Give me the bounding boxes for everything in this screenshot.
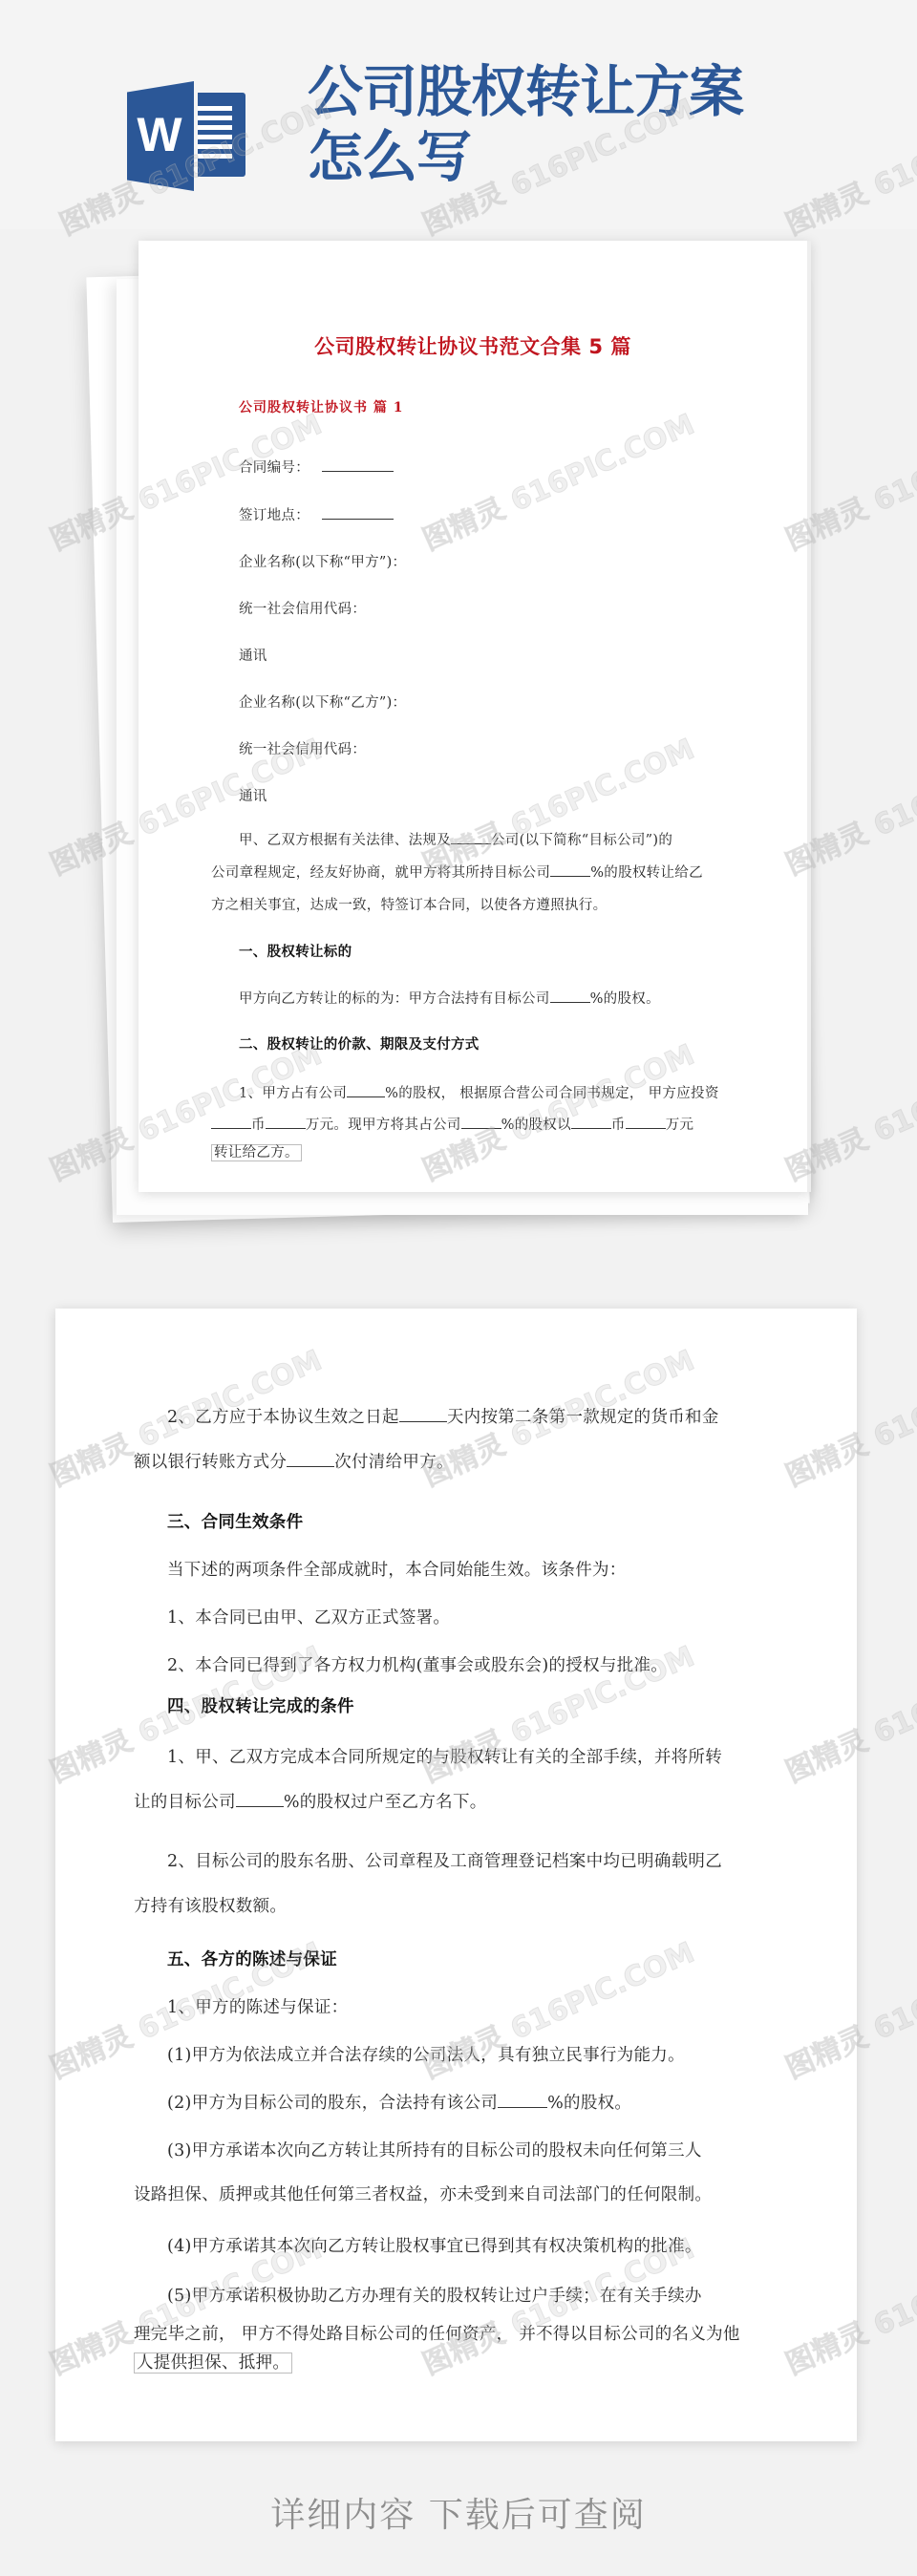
blank-field — [626, 1128, 666, 1129]
party-b-credit-code-line: 统一社会信用代码： — [239, 738, 366, 758]
section-5-point-3-line-1: (3)甲方承诺本次向乙方转让其所持有的目标公司的股权未向任何第三人 — [167, 2138, 702, 2161]
section-5-heading: 五、各方的陈述与保证 — [167, 1947, 337, 1970]
text-segment: 币 — [251, 1118, 266, 1133]
section-2-line-1: 1、甲方占有公司%的股权， 根据原合营公司合同书规定， 甲方应投资 — [239, 1082, 719, 1102]
section-3-condition-1: 1、本合同已由甲、乙双方正式签署。 — [167, 1605, 450, 1629]
text-segment: 让的目标公司 — [134, 1793, 236, 1812]
section-3-heading: 三、合同生效条件 — [167, 1509, 303, 1533]
text-segment: 公司章程规定，经友好协商，就甲方将其所持目标公司 — [211, 865, 550, 881]
section-3-condition-2: 2、本合同已得到了各方权力机构(董事会或股东会)的授权与批准。 — [167, 1652, 668, 1676]
section-5-point-5-line-3: 人提供担保、抵押。 — [134, 2350, 292, 2374]
text-segment: 人提供担保、抵押。 — [134, 2352, 292, 2374]
section-5-point-4: (4)甲方承诺其本次向乙方转让股权事宜已得到其有权决策机构的批准。 — [167, 2233, 702, 2257]
text-segment: 转让给乙方。 — [211, 1144, 302, 1161]
text-segment: 甲方向乙方转让的标的为：甲方合法持有目标公司 — [239, 991, 550, 1007]
party-a-credit-code-line: 统一社会信用代码： — [239, 598, 366, 618]
page-title-line2: 怎么写 — [308, 124, 804, 189]
section-2-line-2: 币万元。现甲方将其占公司%的股权以币万元 — [211, 1114, 693, 1134]
blank-field — [550, 1002, 590, 1003]
section-5-sub-1: 1、甲方的陈述与保证： — [167, 1994, 348, 2018]
text-segment: 万元 — [666, 1118, 694, 1133]
text-segment: 甲、乙双方根据有关法律、法规及 — [239, 833, 451, 848]
blank-field — [347, 1096, 385, 1097]
text-segment: 1、甲方占有公司 — [239, 1086, 347, 1101]
header-banner: W 公司股权转让方案 怎么写 — [0, 0, 917, 229]
contract-number-blank — [322, 471, 394, 472]
document-title: 公司股权转让协议书范文合集 5 篇 — [139, 331, 807, 360]
contract-number-line: 合同编号： — [239, 457, 394, 477]
section-5-point-1: (1)甲方为依法成立并合法存续的公司法人，具有独立民事行为能力。 — [167, 2042, 685, 2066]
section-4-item-1-line-2: 让的目标公司%的股权过户至乙方名下。 — [134, 1789, 487, 1813]
section-4-item-1-line-1: 1、甲、乙双方完成本合同所规定的与股权转让有关的全部手续，并将所转 — [167, 1744, 722, 1768]
text-segment: (2)甲方为目标公司的股东，合法持有该公司 — [167, 2094, 498, 2113]
page-title-line1: 公司股权转让方案 — [308, 59, 804, 124]
text-segment: 万元。现甲方将其占公司 — [306, 1118, 461, 1133]
blank-field — [211, 1128, 251, 1129]
section-4-heading: 四、股权转让完成的条件 — [167, 1693, 354, 1717]
signing-place-blank — [322, 519, 394, 520]
text-segment: 天内按第二条第一款规定的货币和金 — [447, 1408, 719, 1427]
text-segment: 币 — [611, 1118, 626, 1133]
signing-place-line: 签订地点： — [239, 504, 394, 524]
text-segment: %的股权以 — [501, 1118, 571, 1133]
preamble-line-2: 公司章程规定，经友好协商，就甲方将其所持目标公司%的股权转让给乙 — [211, 862, 703, 882]
section-5-point-5-line-1: (5)甲方承诺积极协助乙方办理有关的股权转让过户手续；在有关手续办 — [167, 2283, 702, 2307]
document-lines-icon — [198, 93, 245, 177]
contract-number-label: 合同编号： — [239, 460, 309, 476]
section-2-heading: 二、股权转让的价款、期限及支付方式 — [239, 1033, 480, 1054]
blank-field — [287, 1466, 334, 1467]
item-2-line-1: 2、乙方应于本协议生效之日起天内按第二条第一款规定的货币和金 — [167, 1404, 719, 1428]
blank-field — [461, 1128, 501, 1129]
party-a-name-line: 企业名称(以下称“甲方”)： — [239, 551, 406, 571]
text-segment: 次付清给甲方。 — [334, 1453, 454, 1472]
page-title: 公司股权转让方案 怎么写 — [308, 59, 804, 189]
document-page-2: 2、乙方应于本协议生效之日起天内按第二条第一款规定的货币和金 额以银行转账方式分… — [55, 1309, 857, 2441]
party-b-contact-line: 通讯 — [239, 785, 267, 805]
word-letter: W — [133, 108, 186, 161]
download-prompt: 详细内容 下载后可查阅 — [0, 2488, 917, 2537]
blank-field — [236, 1806, 284, 1807]
text-segment: %的股权， 根据原合营公司合同书规定， 甲方应投资 — [385, 1086, 719, 1101]
party-a-contact-line: 通讯 — [239, 645, 267, 665]
text-segment: %的股权。 — [590, 991, 660, 1007]
document-page-1: 公司股权转让协议书范文合集 5 篇 公司股权转让协议书 篇 1 合同编号： 签订… — [139, 241, 811, 1192]
text-segment: %的股权。 — [547, 2094, 631, 2113]
section-2-line-3: 转让给乙方。 — [211, 1141, 302, 1161]
blank-field — [399, 1421, 447, 1422]
party-b-name-line: 企业名称(以下称“乙方”)： — [239, 692, 406, 712]
section-5-point-2: (2)甲方为目标公司的股东，合法持有该公司%的股权。 — [167, 2090, 631, 2114]
text-segment: %的股权过户至乙方名下。 — [284, 1793, 487, 1812]
word-document-icon: W — [127, 81, 246, 191]
blank-field — [498, 2107, 547, 2108]
preamble-line-3: 方之相关事宜，达成一致，特签订本合同，以使各方遵照执行。 — [211, 894, 607, 914]
text-segment: 公司(以下简称“目标公司”)的 — [491, 833, 672, 848]
signing-place-label: 签订地点： — [239, 508, 309, 523]
blank-field — [266, 1128, 306, 1129]
section-1-text: 甲方向乙方转让的标的为：甲方合法持有目标公司%的股权。 — [239, 988, 660, 1008]
text-segment: 额以银行转账方式分 — [134, 1453, 287, 1472]
item-2-line-2: 额以银行转账方式分次付清给甲方。 — [134, 1449, 454, 1473]
blank-field — [451, 843, 491, 844]
section-3-intro: 当下述的两项条件全部成就时，本合同始能生效。该条件为： — [167, 1557, 627, 1581]
section-5-point-3-line-2: 设路担保、质押或其他任何第三者权益，亦未受到来自司法部门的任何限制。 — [134, 2182, 712, 2205]
blank-field — [571, 1128, 611, 1129]
section-4-item-2-line-1: 2、目标公司的股东名册、公司章程及工商管理登记档案中均已明确载明乙 — [167, 1848, 722, 1872]
blank-field — [550, 876, 590, 877]
text-segment: 2、乙方应于本协议生效之日起 — [167, 1408, 399, 1427]
text-segment: %的股权转让给乙 — [590, 865, 703, 881]
section-1-heading: 一、股权转让标的 — [239, 941, 352, 961]
section-4-item-2-line-2: 方持有该股权数额。 — [134, 1893, 287, 1917]
document-subtitle: 公司股权转让协议书 篇 1 — [239, 397, 404, 416]
section-5-point-5-line-2: 理完毕之前， 甲方不得处路目标公司的任何资产， 并不得以目标公司的名义为他 — [134, 2321, 740, 2345]
preamble-line-1: 甲、乙双方根据有关法律、法规及公司(以下简称“目标公司”)的 — [239, 829, 672, 849]
